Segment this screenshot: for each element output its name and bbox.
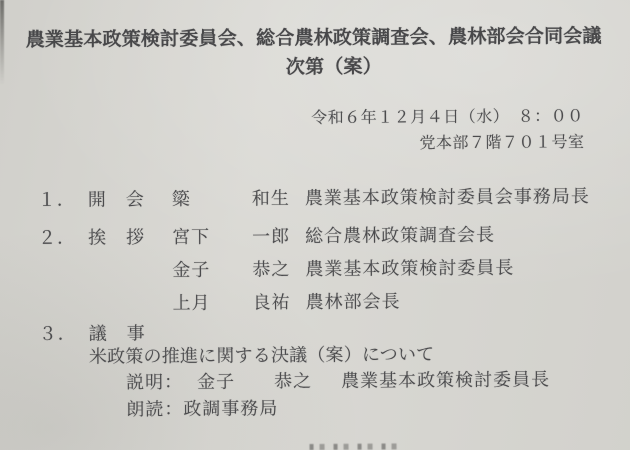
speaker-givenname: 恭之 [274, 372, 312, 390]
agenda-greeting-speaker-3: 上月 良祐 農林部会長 [0, 291, 630, 317]
speaker-givenname: 恭之 [252, 260, 290, 278]
agenda-greeting-speaker-2: 金子 恭之 農業基本政策検討委員長 [0, 258, 630, 284]
speaker-surname: 金子 [197, 373, 235, 391]
item-label: 議 事 [89, 324, 146, 342]
cut-off-text-fragment [310, 443, 400, 450]
reading-line: 朗読： 政調事務局 [1, 397, 630, 423]
speaker-role: 総合農林政策調査会長 [305, 226, 495, 245]
agenda-item-opening: １． 開 会 簗 和生 農業基本政策検討委員会事務局長 [0, 187, 630, 213]
item-number: ３． [39, 325, 77, 343]
agenda-item-proceedings: ３． 議 事 [1, 321, 630, 347]
speaker-givenname: 一郎 [252, 227, 290, 245]
item-label: 開 会 [88, 190, 145, 208]
meeting-datetime: 令和６年１２月４日（水） ８：００ [311, 109, 584, 127]
speaker-surname: 上月 [172, 294, 210, 312]
agenda-paper: 農業基本政策検討委員会、総合農林政策調査会、農林部会合同会議 次第（案） 令和６… [0, 0, 630, 450]
item-number: １． [38, 191, 76, 209]
meeting-location: 党本部７階７０１号室 [419, 135, 584, 152]
speaker-role: 農業基本政策検討委員会事務局長 [305, 187, 590, 207]
agenda-topic: 米政策の推進に関する決議（案）について [89, 345, 435, 365]
agenda-document-photo: 農業基本政策検討委員会、総合農林政策調査会、農林部会合同会議 次第（案） 令和６… [0, 0, 630, 450]
item-number: ２． [38, 229, 76, 247]
speaker-givenname: 良祐 [252, 293, 290, 311]
explanation-line: 説明： 金子 恭之 農業基本政策検討委員長 [1, 370, 630, 396]
speaker-role: 農業基本政策検討委員長 [305, 259, 514, 278]
agenda-item-greetings: ２． 挨 拶 宮下 一郎 総合農林政策調査会長 [0, 225, 630, 251]
speaker-surname: 金子 [172, 261, 210, 279]
item-label: 挨 拶 [88, 228, 145, 246]
explanation-label: 説明： [126, 373, 183, 391]
speaker-surname: 簗 [172, 190, 191, 208]
document-title-line1: 農業基本政策検討委員会、総合農林政策調査会、農林部会合同会議 [0, 27, 629, 50]
speaker-role: 農林部会長 [305, 292, 400, 311]
reading-label: 朗読： [126, 400, 183, 418]
speaker-surname: 宮下 [172, 228, 210, 246]
speaker-givenname: 和生 [252, 189, 290, 207]
speaker-role: 農業基本政策検討委員長 [341, 370, 550, 389]
reading-text: 政調事務局 [183, 399, 278, 418]
document-title-line2: 次第（案） [29, 56, 630, 79]
